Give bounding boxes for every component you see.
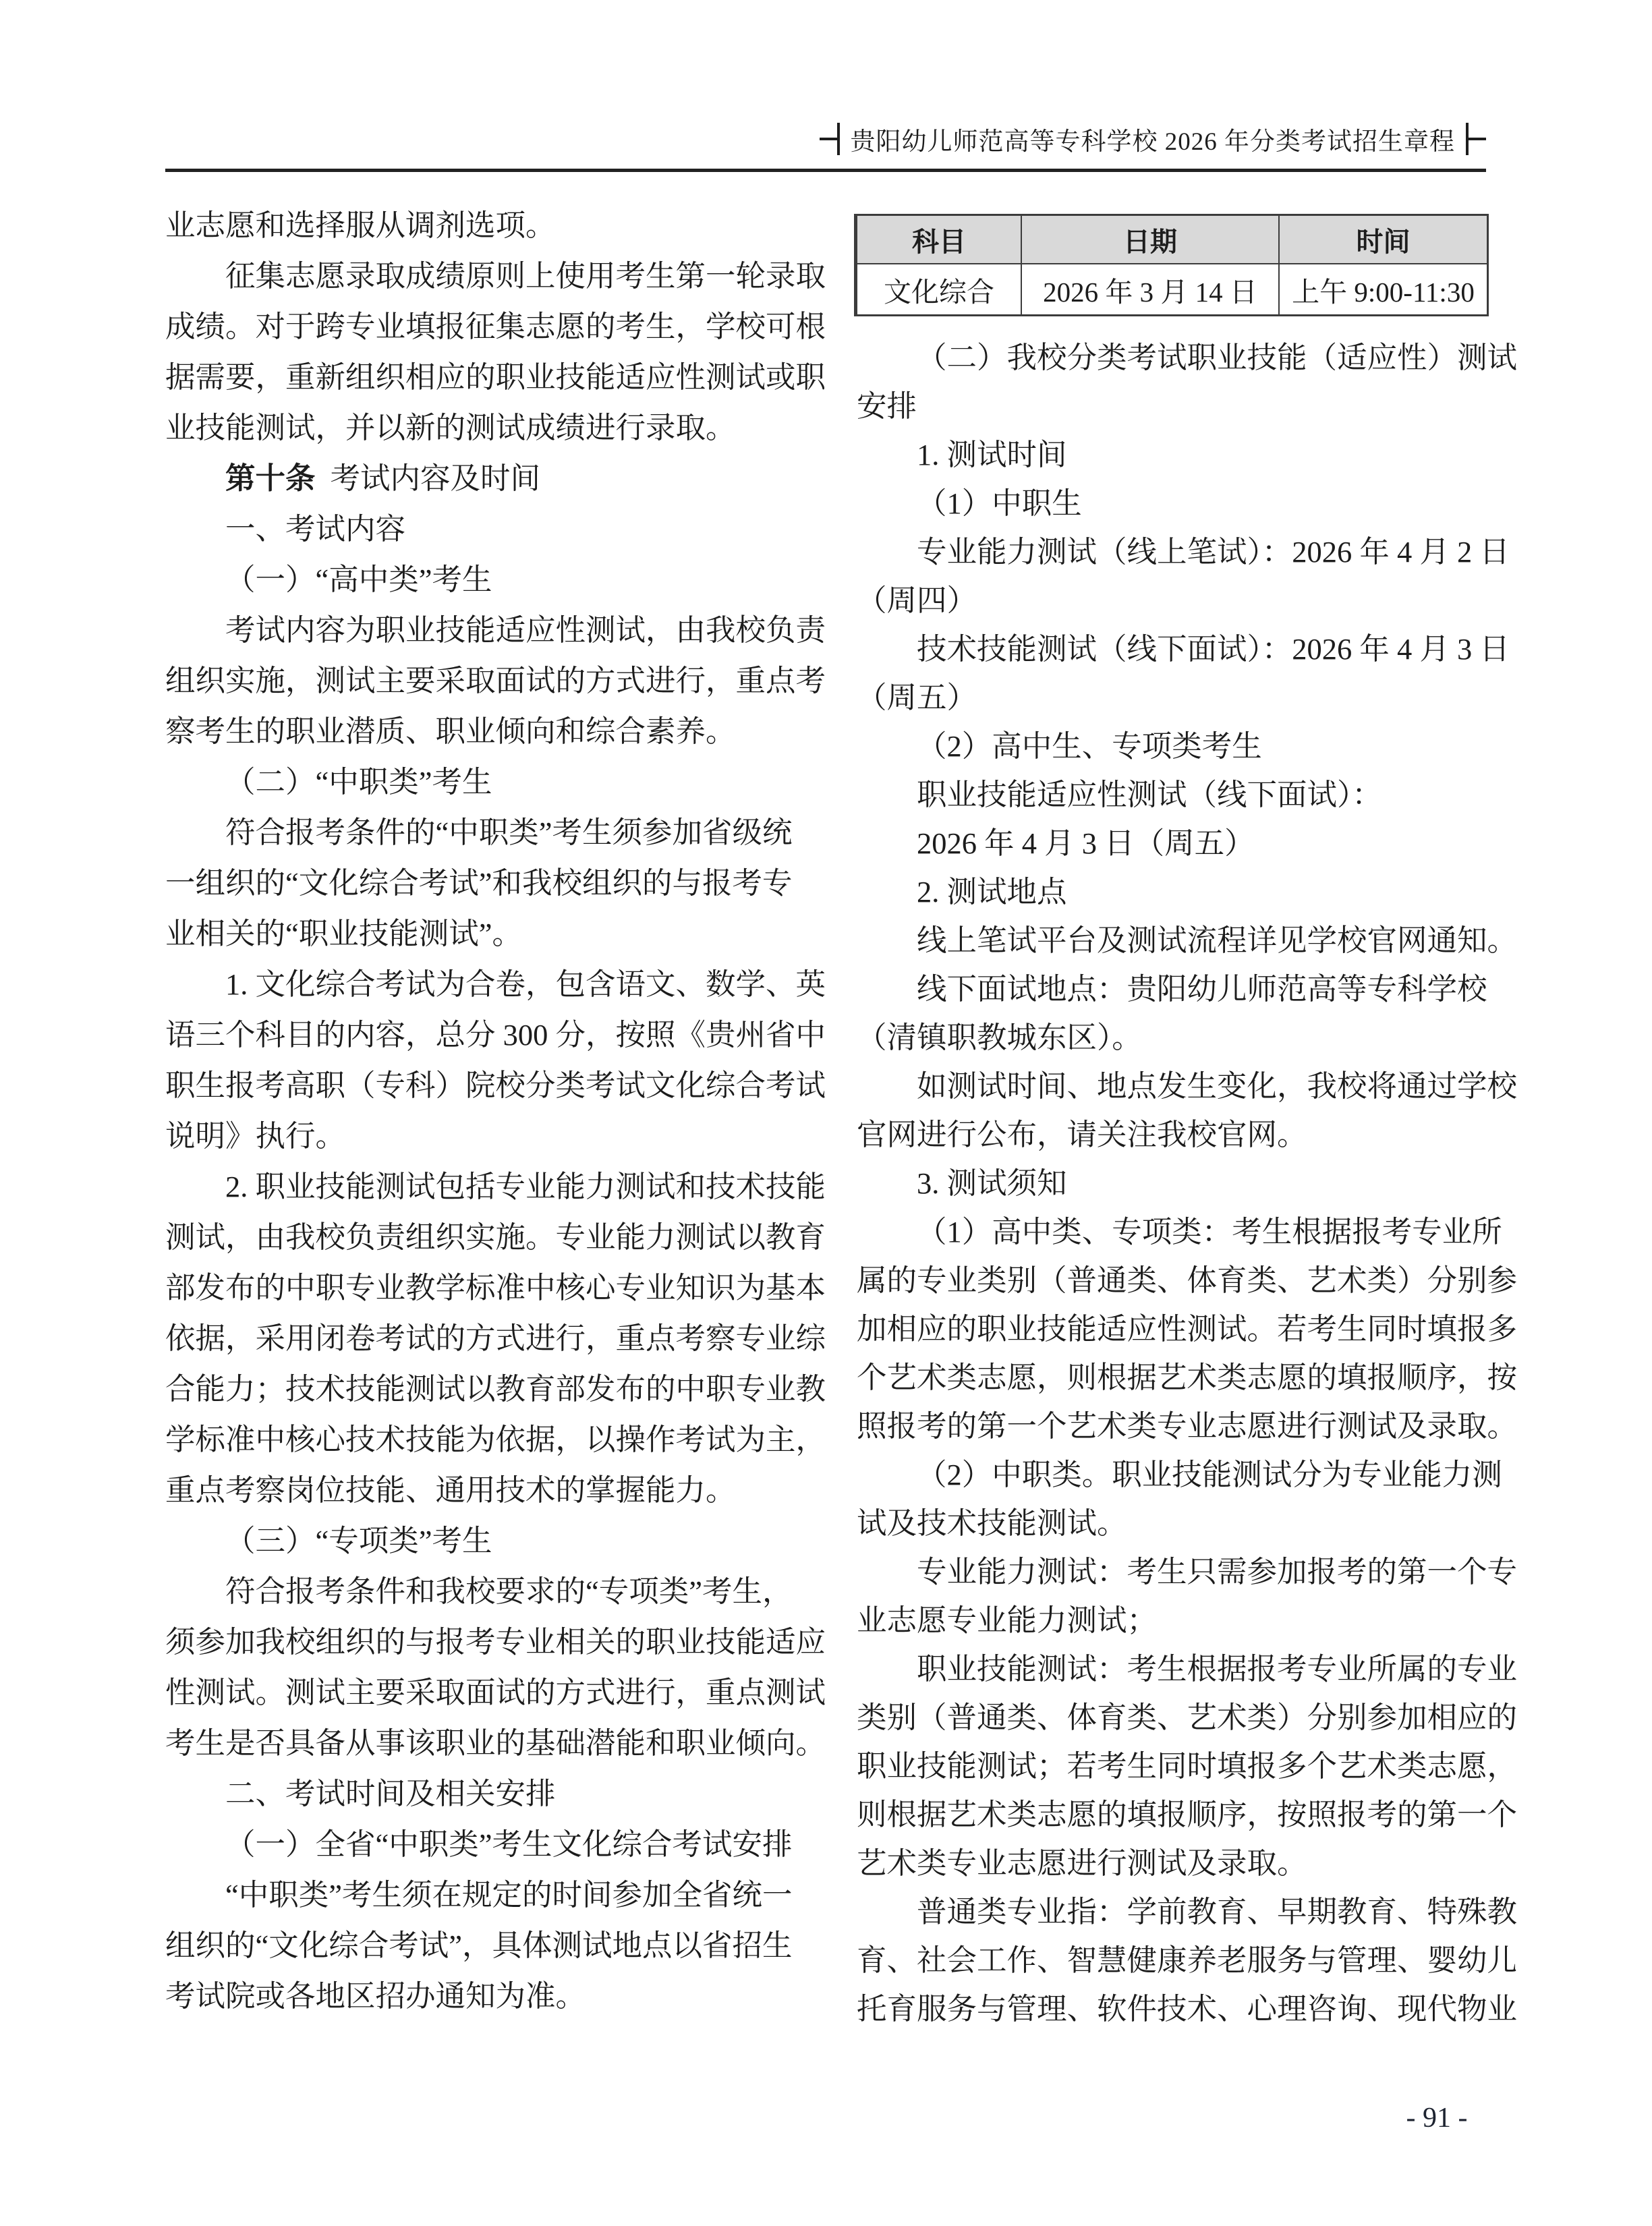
text-line: 学标准中核心技术技能为依据，以操作考试为主， xyxy=(165,1415,799,1465)
text-line-content: 试及技术技能测试。 xyxy=(857,1506,1127,1540)
text-line: 符合报考条件的“中职类”考生须参加省级统 xyxy=(165,807,799,858)
text-line-content: 符合报考条件的“中职类”考生须参加省级统 xyxy=(225,816,793,849)
text-line-content: 二、考试时间及相关安排 xyxy=(225,1777,556,1810)
text-line-content: 一组织的“文化综合考试”和我校组织的与报考专 xyxy=(165,866,793,900)
text-line: 考试院或各地区招办通知为准。 xyxy=(165,1971,799,2022)
page-number: - 91 - xyxy=(1376,2099,1498,2137)
text-line-content: 线下面试地点：贵阳幼儿师范高等专科学校 xyxy=(917,972,1487,1006)
text-line: （1）中职生 xyxy=(857,479,1491,527)
text-line-content: 则根据艺术类志愿的填报顺序，按照报考的第一个 xyxy=(857,1798,1517,1831)
text-line-content: 职业技能测试；若考生同时填报多个艺术类志愿， xyxy=(857,1749,1517,1783)
exam-schedule-table-header-cell: 科目 xyxy=(856,216,1021,264)
text-line: 如测试时间、地点发生变化，我校将通过学校 xyxy=(857,1062,1491,1110)
text-line-content: 合能力；技术技能测试以教育部发布的中职专业教 xyxy=(165,1372,826,1406)
text-line: 职业技能适应性测试（线下面试）： xyxy=(857,770,1491,819)
text-line-content: 职生报考高职（专科）院校分类考试文化综合考试 xyxy=(165,1068,826,1102)
text-line-content: 业相关的“职业技能测试”。 xyxy=(165,917,522,950)
text-line-content: 专业能力测试（线上笔试）：2026 年 4 月 2 日 xyxy=(917,535,1510,569)
text-line: 线下面试地点：贵阳幼儿师范高等专科学校 xyxy=(857,965,1491,1013)
text-line: 考生是否具备从事该职业的基础潜能和职业倾向。 xyxy=(165,1718,799,1769)
text-line: 属的专业类别（普通类、体育类、艺术类）分别参 xyxy=(857,1256,1491,1305)
text-line: 职业技能测试；若考生同时填报多个艺术类志愿， xyxy=(857,1742,1491,1790)
text-line-content: 考生是否具备从事该职业的基础潜能和职业倾向。 xyxy=(165,1726,826,1760)
text-line-content: 2. 测试地点 xyxy=(917,875,1067,909)
text-line-content: 安排 xyxy=(857,389,917,423)
text-line-content: 如测试时间、地点发生变化，我校将通过学校 xyxy=(917,1069,1517,1103)
text-line-content: 组织实施，测试主要采取面试的方式进行，重点考 xyxy=(165,664,826,697)
page-header: 贵阳幼儿师范高等专科学校 2026 年分类考试招生章程 xyxy=(820,120,1487,158)
text-line-content: 依据，采用闭卷考试的方式进行，重点考察专业综 xyxy=(165,1321,826,1355)
text-line-content: 托育服务与管理、软件技术、心理咨询、现代物业 xyxy=(857,1992,1517,2026)
text-line-content: 官网进行公布，请关注我校官网。 xyxy=(857,1118,1307,1151)
text-line: 业志愿和选择服从调剂选项。 xyxy=(165,200,799,251)
text-line: 试及技术技能测试。 xyxy=(857,1499,1491,1547)
text-line: 须参加我校组织的与报考专业相关的职业技能适应 xyxy=(165,1617,799,1667)
header-rule xyxy=(165,169,1486,172)
text-line: 一、考试内容 xyxy=(165,504,799,554)
text-line-content: 学标准中核心技术技能为依据，以操作考试为主， xyxy=(165,1423,826,1456)
text-line: （二）“中职类”考生 xyxy=(165,757,799,807)
text-line: 符合报考条件和我校要求的“专项类”考生， xyxy=(165,1566,799,1617)
text-line-content: 考试院或各地区招办通知为准。 xyxy=(165,1979,586,2013)
text-line: 组织实施，测试主要采取面试的方式进行，重点考 xyxy=(165,656,799,706)
text-line: 合能力；技术技能测试以教育部发布的中职专业教 xyxy=(165,1364,799,1415)
text-line: 征集志愿录取成绩原则上使用考生第一轮录取 xyxy=(165,251,799,302)
exam-schedule-table-cell: 文化综合 xyxy=(856,264,1021,314)
text-line-content: 加相应的职业技能适应性测试。若考生同时填报多 xyxy=(857,1312,1517,1346)
text-line-content: 考试内容及时间 xyxy=(331,461,541,495)
text-line: 专业能力测试：考生只需参加报考的第一个专 xyxy=(857,1547,1491,1596)
text-line-content: 属的专业类别（普通类、体育类、艺术类）分别参 xyxy=(857,1263,1517,1297)
text-line-content: 2026 年 4 月 3 日（周五） xyxy=(917,826,1255,860)
text-line: 个艺术类志愿，则根据艺术类志愿的填报顺序，按 xyxy=(857,1353,1491,1402)
exam-schedule-table: 科目 日期 时间 文化综合 2026 年 3 月 14 日 上午 9:00-11… xyxy=(854,214,1489,316)
exam-schedule-table-cell: 2026 年 3 月 14 日 xyxy=(1021,264,1278,314)
text-line: 2. 职业技能测试包括专业能力测试和技术技能 xyxy=(165,1162,799,1212)
text-line-content: 业志愿和选择服从调剂选项。 xyxy=(165,208,556,242)
text-line-content: （清镇职教城东区）。 xyxy=(857,1021,1142,1054)
text-line-content: 成绩。对于跨专业填报征集志愿的考生，学校可根 xyxy=(165,310,826,343)
text-line-content: （1）高中类、专项类：考生根据报考专业所 xyxy=(917,1215,1502,1249)
text-line-content: 须参加我校组织的与报考专业相关的职业技能适应 xyxy=(165,1625,826,1659)
text-line: 则根据艺术类志愿的填报顺序，按照报考的第一个 xyxy=(857,1790,1491,1839)
text-line: （清镇职教城东区）。 xyxy=(857,1013,1491,1062)
text-line-content: 照报考的第一个艺术类专业志愿进行测试及录取。 xyxy=(857,1409,1517,1443)
text-line-content: 业技能测试，并以新的测试成绩进行录取。 xyxy=(165,411,736,445)
text-line: 说明》执行。 xyxy=(165,1111,799,1162)
text-line: 业相关的“职业技能测试”。 xyxy=(165,909,799,959)
text-line-content: 1. 文化综合考试为合卷，包含语文、数学、英 xyxy=(225,967,826,1001)
text-line: 考试内容为职业技能适应性测试，由我校负责 xyxy=(165,605,799,656)
text-line: 类别（普通类、体育类、艺术类）分别参加相应的 xyxy=(857,1693,1491,1742)
text-line: （三）“专项类”考生 xyxy=(165,1516,799,1566)
exam-schedule-table-cell: 上午 9:00-11:30 xyxy=(1278,264,1487,314)
text-line-content: 符合报考条件和我校要求的“专项类”考生， xyxy=(225,1574,793,1608)
text-line-content: （一）“高中类”考生 xyxy=(225,563,492,596)
text-line: 2026 年 4 月 3 日（周五） xyxy=(857,819,1491,867)
page-header-title: 贵阳幼儿师范高等专科学校 2026 年分类考试招生章程 xyxy=(851,121,1456,157)
text-line-content: 3. 测试须知 xyxy=(917,1166,1067,1200)
text-line: （一）“高中类”考生 xyxy=(165,554,799,605)
text-line: 1. 测试时间 xyxy=(857,430,1491,479)
text-line-content: 部发布的中职专业教学标准中核心专业知识为基本 xyxy=(165,1271,826,1305)
header-tick-right-icon xyxy=(1466,123,1486,155)
text-line-content: 线上笔试平台及测试流程详见学校官网通知。 xyxy=(917,923,1517,957)
exam-schedule-table-header-row: 科目 日期 时间 xyxy=(856,216,1487,264)
text-line-content: 性测试。测试主要采取面试的方式进行，重点测试 xyxy=(165,1676,826,1709)
text-line: 成绩。对于跨专业填报征集志愿的考生，学校可根 xyxy=(165,302,799,352)
text-line-content: 考试内容为职业技能适应性测试，由我校负责 xyxy=(225,613,826,647)
text-line: （周四） xyxy=(857,576,1491,625)
text-line: 第十条考试内容及时间 xyxy=(165,453,799,504)
text-line-content: 组织的“文化综合考试”，具体测试地点以省招生 xyxy=(165,1929,793,1962)
text-line-content: 重点考察岗位技能、通用技术的掌握能力。 xyxy=(165,1473,736,1507)
text-line-content: （周四） xyxy=(857,583,977,617)
text-line: 部发布的中职专业教学标准中核心专业知识为基本 xyxy=(165,1263,799,1313)
text-line: 职业技能测试：考生根据报考专业所属的专业 xyxy=(857,1645,1491,1693)
text-line: 组织的“文化综合考试”，具体测试地点以省招生 xyxy=(165,1920,799,1971)
text-line-content: 职业技能测试：考生根据报考专业所属的专业 xyxy=(917,1652,1517,1686)
text-line: 加相应的职业技能适应性测试。若考生同时填报多 xyxy=(857,1305,1491,1353)
text-line: （二）我校分类考试职业技能（适应性）测试 xyxy=(857,333,1491,382)
text-line: 重点考察岗位技能、通用技术的掌握能力。 xyxy=(165,1465,799,1516)
text-line: 察考生的职业潜质、职业倾向和综合素养。 xyxy=(165,706,799,757)
text-line-content: 类别（普通类、体育类、艺术类）分别参加相应的 xyxy=(857,1701,1517,1734)
text-line-content: 普通类专业指：学前教育、早期教育、特殊教 xyxy=(917,1895,1517,1929)
text-line: 语三个科目的内容，总分 300 分，按照《贵州省中 xyxy=(165,1010,799,1060)
article-number-label: 第十条 xyxy=(225,461,316,495)
text-line: 据需要，重新组织相应的职业技能适应性测试或职 xyxy=(165,352,799,403)
text-line: 艺术类专业志愿进行测试及录取。 xyxy=(857,1839,1491,1887)
text-line-content: 一、考试内容 xyxy=(225,512,405,546)
text-line-content: （周五） xyxy=(857,681,977,714)
text-line: 1. 文化综合考试为合卷，包含语文、数学、英 xyxy=(165,959,799,1010)
text-line-content: （三）“专项类”考生 xyxy=(225,1524,492,1558)
text-line: （1）高中类、专项类：考生根据报考专业所 xyxy=(857,1207,1491,1256)
text-line: 安排 xyxy=(857,382,1491,430)
text-line-content: 专业能力测试：考生只需参加报考的第一个专 xyxy=(917,1555,1517,1589)
text-line: （一）全省“中职类”考生文化综合考试安排 xyxy=(165,1819,799,1870)
text-line-content: （二）我校分类考试职业技能（适应性）测试 xyxy=(917,341,1517,374)
text-line: （2）中职类。职业技能测试分为专业能力测 xyxy=(857,1450,1491,1499)
exam-schedule-table-header-cell: 日期 xyxy=(1021,216,1278,264)
text-line: 依据，采用闭卷考试的方式进行，重点考察专业综 xyxy=(165,1313,799,1364)
text-line: 3. 测试须知 xyxy=(857,1159,1491,1207)
text-line-content: （1）中职生 xyxy=(917,486,1082,520)
text-line: 照报考的第一个艺术类专业志愿进行测试及录取。 xyxy=(857,1402,1491,1450)
text-line-content: 语三个科目的内容，总分 300 分，按照《贵州省中 xyxy=(165,1018,826,1052)
text-line: 职生报考高职（专科）院校分类考试文化综合考试 xyxy=(165,1060,799,1111)
text-line: 性测试。测试主要采取面试的方式进行，重点测试 xyxy=(165,1667,799,1718)
text-line-content: （一）全省“中职类”考生文化综合考试安排 xyxy=(225,1827,793,1861)
text-line: 托育服务与管理、软件技术、心理咨询、现代物业 xyxy=(857,1985,1491,2033)
text-line-content: 职业技能适应性测试（线下面试）： xyxy=(917,778,1382,811)
text-line: 二、考试时间及相关安排 xyxy=(165,1769,799,1819)
text-line-content: 征集志愿录取成绩原则上使用考生第一轮录取 xyxy=(225,259,826,293)
text-line-content: 据需要，重新组织相应的职业技能适应性测试或职 xyxy=(165,360,826,394)
text-line-content: 艺术类专业志愿进行测试及录取。 xyxy=(857,1846,1307,1880)
text-line: “中职类”考生须在规定的时间参加全省统一 xyxy=(165,1870,799,1920)
text-line-content: 1. 测试时间 xyxy=(917,438,1067,472)
header-tick-left-icon xyxy=(820,123,840,155)
text-line-content: “中职类”考生须在规定的时间参加全省统一 xyxy=(225,1878,793,1912)
text-line: 2. 测试地点 xyxy=(857,867,1491,916)
text-line: 普通类专业指：学前教育、早期教育、特殊教 xyxy=(857,1887,1491,1936)
right-column: （二）我校分类考试职业技能（适应性）测试 安排 1. 测试时间 （1）中职生 专… xyxy=(857,333,1491,2033)
text-line: 专业能力测试（线上笔试）：2026 年 4 月 2 日 xyxy=(857,527,1491,576)
text-line: 业技能测试，并以新的测试成绩进行录取。 xyxy=(165,403,799,453)
text-line: 官网进行公布，请关注我校官网。 xyxy=(857,1110,1491,1159)
text-line-content: （2）高中生、专项类考生 xyxy=(917,729,1262,763)
exam-schedule-table-header-cell: 时间 xyxy=(1278,216,1487,264)
text-line-content: 育、社会工作、智慧健康养老服务与管理、婴幼儿 xyxy=(857,1943,1517,1977)
text-line-content: 技术技能测试（线下面试）：2026 年 4 月 3 日 xyxy=(917,632,1510,666)
text-line: 一组织的“文化综合考试”和我校组织的与报考专 xyxy=(165,858,799,909)
left-column: 业志愿和选择服从调剂选项。 征集志愿录取成绩原则上使用考生第一轮录取 成绩。对于… xyxy=(165,200,799,2022)
document-page: { "header": { "title": "贵阳幼儿师范高等专科学校 202… xyxy=(0,0,1652,2226)
text-line: （周五） xyxy=(857,673,1491,722)
text-line-content: 业志愿专业能力测试； xyxy=(857,1603,1157,1637)
text-line: 育、社会工作、智慧健康养老服务与管理、婴幼儿 xyxy=(857,1936,1491,1985)
text-line-content: 测试，由我校负责组织实施。专业能力测试以教育 xyxy=(165,1220,826,1254)
text-line-content: 说明》执行。 xyxy=(165,1119,345,1153)
text-line-content: 2. 职业技能测试包括专业能力测试和技术技能 xyxy=(225,1170,826,1203)
text-line: 技术技能测试（线下面试）：2026 年 4 月 3 日 xyxy=(857,625,1491,673)
text-line: 业志愿专业能力测试； xyxy=(857,1596,1491,1645)
text-line-content: （2）中职类。职业技能测试分为专业能力测 xyxy=(917,1458,1502,1491)
text-line-content: 察考生的职业潜质、职业倾向和综合素养。 xyxy=(165,714,736,748)
text-line: 线上笔试平台及测试流程详见学校官网通知。 xyxy=(857,916,1491,965)
exam-schedule-table-data-row: 文化综合 2026 年 3 月 14 日 上午 9:00-11:30 xyxy=(856,264,1487,314)
text-line-content: （二）“中职类”考生 xyxy=(225,765,492,799)
text-line-content: 个艺术类志愿，则根据艺术类志愿的填报顺序，按 xyxy=(857,1361,1517,1394)
text-line: （2）高中生、专项类考生 xyxy=(857,722,1491,770)
text-line: 测试，由我校负责组织实施。专业能力测试以教育 xyxy=(165,1212,799,1263)
